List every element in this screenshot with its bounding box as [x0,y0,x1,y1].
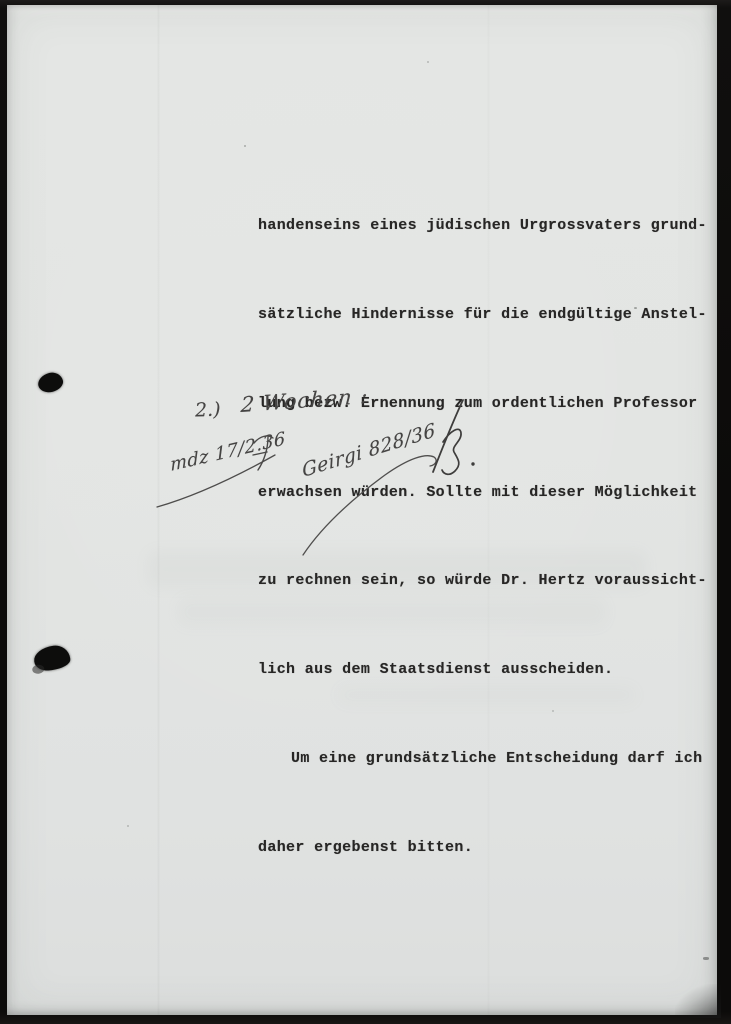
typed-line: sätzliche Hindernisse für die endgültige… [258,300,728,330]
typed-text-block: handenseins eines jüdischen Urgrossvater… [258,152,728,921]
page-corner-shadow [675,984,721,1018]
typed-line: daher ergebenst bitten. [258,833,728,863]
paper-sheet: handenseins eines jüdischen Urgrossvater… [7,5,717,1015]
paper-speck [703,957,709,960]
paper-speck [127,825,129,827]
typed-line: handenseins eines jüdischen Urgrossvater… [258,211,728,241]
paper-speck [244,145,246,147]
typed-line: lich aus dem Staatsdienst ausscheiden. [258,655,728,685]
scanned-document-page: handenseins eines jüdischen Urgrossvater… [0,0,731,1024]
paper-fold-seam [157,5,160,1015]
punch-hole-top [36,370,65,394]
paper-speck [427,61,429,63]
typed-line: Um eine grundsätzliche Entscheidung darf… [258,744,728,774]
annotation-item-number: 2.) [195,399,221,422]
typed-line: zu rechnen sein, so würde Dr. Hertz vora… [258,566,728,596]
typed-line: erwachsen würden. Sollte mit dieser Mögl… [258,478,728,508]
punch-hole-bottom [33,644,72,672]
